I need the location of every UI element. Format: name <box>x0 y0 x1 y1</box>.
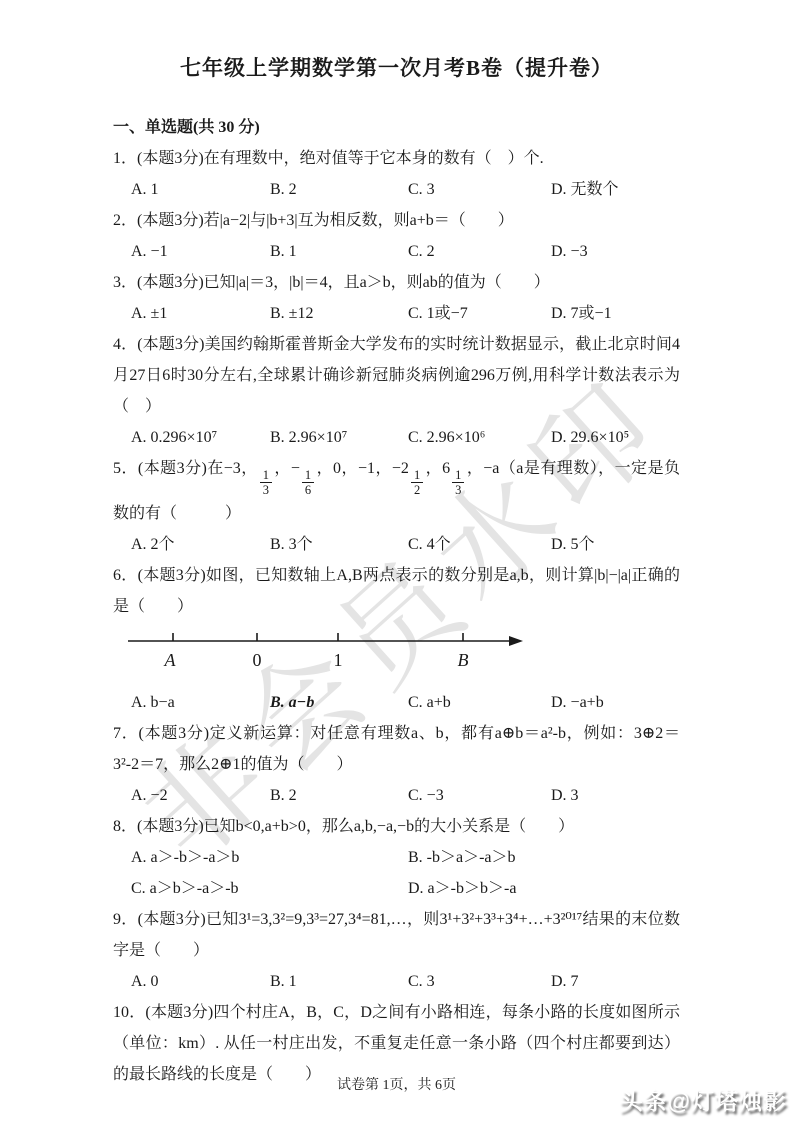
page-content: 七年级上学期数学第一次月考B卷（提升卷） 一、单选题(共 30 分) 1．(本题… <box>113 50 680 1090</box>
section-heading: 一、单选题(共 30 分) <box>113 112 680 143</box>
question-6-option-c: C. a+b <box>408 687 551 718</box>
question-9-option-c: C. 3 <box>408 966 551 997</box>
question-2-option-d: D. −3 <box>551 236 680 267</box>
question-4-option-a: A. 0.296×10⁷ <box>131 422 270 453</box>
question-9-options: A. 0 B. 1 C. 3 D. 7 <box>113 966 680 997</box>
question-7-stem: 7．(本题3分)定义新运算：对任意有理数a、b，都有a⊕b＝a²-b，例如：3⊕… <box>113 718 680 780</box>
question-1-option-d: D. 无数个 <box>551 174 680 205</box>
question-7-option-c: C. −3 <box>408 780 551 811</box>
question-3-option-d: D. 7或−1 <box>551 298 680 329</box>
question-6-option-a: A. b−a <box>131 687 270 718</box>
question-7: 7．(本题3分)定义新运算：对任意有理数a、b，都有a⊕b＝a²-b，例如：3⊕… <box>113 718 680 811</box>
page-title: 七年级上学期数学第一次月考B卷（提升卷） <box>113 50 680 86</box>
question-4-options: A. 0.296×10⁷ B. 2.96×10⁷ C. 2.96×10⁶ D. … <box>113 422 680 453</box>
question-2-option-a: A. −1 <box>131 236 270 267</box>
question-4-option-c: C. 2.96×10⁶ <box>408 422 551 453</box>
question-1: 1．(本题3分)在有理数中，绝对值等于它本身的数有（ ）个. A. 1 B. 2… <box>113 143 680 205</box>
question-9-option-d: D. 7 <box>551 966 680 997</box>
question-2-options: A. −1 B. 1 C. 2 D. −3 <box>113 236 680 267</box>
question-4-stem: 4．(本题3分)美国约翰斯霍普斯金大学发布的实时统计数据显示，截止北京时间4月2… <box>113 329 680 422</box>
question-2-stem: 2．(本题3分)若|a−2|与|b+3|互为相反数，则a+b＝（ ） <box>113 205 680 236</box>
question-1-option-a: A. 1 <box>131 174 270 205</box>
question-8-options: A. a＞-b＞-a＞b B. -b＞a＞-a＞b C. a＞b＞-a＞-b D… <box>113 842 680 904</box>
question-9-option-a: A. 0 <box>131 966 270 997</box>
number-line-label-0: 0 <box>253 650 262 670</box>
question-8-option-c: C. a＞b＞-a＞-b <box>131 873 408 904</box>
question-5-option-a: A. 2个 <box>131 529 270 560</box>
question-9: 9．(本题3分)已知3¹=3,3²=9,3³=27,3⁴=81,…，则3¹+3²… <box>113 904 680 997</box>
question-6-option-b: B. a−b <box>270 687 408 718</box>
question-4-option-d: D. 29.6×10⁵ <box>551 422 680 453</box>
question-5-option-d: D. 5个 <box>551 529 680 560</box>
question-3-option-a: A. ±1 <box>131 298 270 329</box>
number-line-arrowhead <box>509 636 523 646</box>
question-3-option-c: C. 1或−7 <box>408 298 551 329</box>
question-3-option-b: B. ±12 <box>270 298 408 329</box>
question-6: 6．(本题3分)如图，已知数轴上A,B两点表示的数分别是a,b，则计算|b|−|… <box>113 560 680 718</box>
question-5-options: A. 2个 B. 3个 C. 4个 D. 5个 <box>113 529 680 560</box>
corner-watermark: 头条@灯塔烛影 <box>620 1083 787 1116</box>
question-6-option-d: D. −a+b <box>551 687 680 718</box>
exam-paper-page: 非会员水印 七年级上学期数学第一次月考B卷（提升卷） 一、单选题(共 30 分)… <box>0 0 793 1122</box>
question-1-option-b: B. 2 <box>270 174 408 205</box>
question-1-stem: 1．(本题3分)在有理数中，绝对值等于它本身的数有（ ）个. <box>113 143 680 174</box>
question-5-option-b: B. 3个 <box>270 529 408 560</box>
question-1-option-c: C. 3 <box>408 174 551 205</box>
question-8-option-a: A. a＞-b＞-a＞b <box>131 842 408 873</box>
number-line-figure: A 0 1 B <box>113 626 680 685</box>
question-3-options: A. ±1 B. ±12 C. 1或−7 D. 7或−1 <box>113 298 680 329</box>
question-9-option-b: B. 1 <box>270 966 408 997</box>
number-line-label-1: 1 <box>334 650 343 670</box>
question-4: 4．(本题3分)美国约翰斯霍普斯金大学发布的实时统计数据显示，截止北京时间4月2… <box>113 329 680 453</box>
question-7-option-d: D. 3 <box>551 780 680 811</box>
question-5-stem: 5．(本题3分)在−3，13，−16，0，−1，−212，613，−a（a是有理… <box>113 453 680 529</box>
question-8-stem: 8．(本题3分)已知b<0,a+b>0，那么a,b,−a,−b的大小关系是（ ） <box>113 811 680 842</box>
question-8-option-b: B. -b＞a＞-a＞b <box>408 842 680 873</box>
question-6-stem: 6．(本题3分)如图，已知数轴上A,B两点表示的数分别是a,b，则计算|b|−|… <box>113 560 680 622</box>
question-8: 8．(本题3分)已知b<0,a+b>0，那么a,b,−a,−b的大小关系是（ ）… <box>113 811 680 904</box>
question-9-stem: 9．(本题3分)已知3¹=3,3²=9,3³=27,3⁴=81,…，则3¹+3²… <box>113 904 680 966</box>
question-1-options: A. 1 B. 2 C. 3 D. 无数个 <box>113 174 680 205</box>
question-2: 2．(本题3分)若|a−2|与|b+3|互为相反数，则a+b＝（ ） A. −1… <box>113 205 680 267</box>
question-5: 5．(本题3分)在−3，13，−16，0，−1，−212，613，−a（a是有理… <box>113 453 680 560</box>
question-8-option-d: D. a＞-b＞b＞-a <box>408 873 680 904</box>
question-7-option-b: B. 2 <box>270 780 408 811</box>
question-7-options: A. −2 B. 2 C. −3 D. 3 <box>113 780 680 811</box>
question-3-stem: 3．(本题3分)已知|a|＝3，|b|＝4，且a＞b，则ab的值为（ ） <box>113 267 680 298</box>
question-4-option-b: B. 2.96×10⁷ <box>270 422 408 453</box>
question-3: 3．(本题3分)已知|a|＝3，|b|＝4，且a＞b，则ab的值为（ ） A. … <box>113 267 680 329</box>
question-5-option-c: C. 4个 <box>408 529 551 560</box>
number-line-svg: A 0 1 B <box>113 626 543 674</box>
number-line-label-B: B <box>458 650 469 670</box>
question-6-options: A. b−a B. a−b C. a+b D. −a+b <box>113 687 680 718</box>
question-2-option-c: C. 2 <box>408 236 551 267</box>
number-line-label-A: A <box>164 650 177 670</box>
question-2-option-b: B. 1 <box>270 236 408 267</box>
question-7-option-a: A. −2 <box>131 780 270 811</box>
